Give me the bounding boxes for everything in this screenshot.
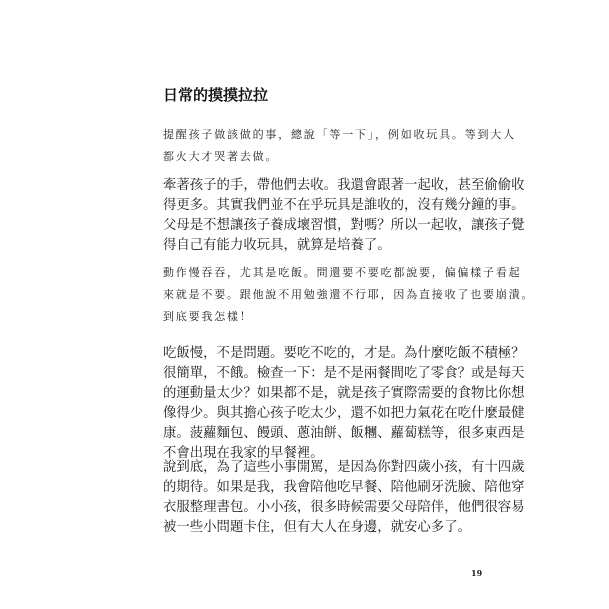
parent-complaint-paragraph-1: 提醒孩子做該做的事，總說「等一下」，例如收玩具。等到大人 都火大才哭著去做。 [163, 124, 455, 168]
text-line: 得自己有能力收玩具，就算是培養了。 [163, 236, 455, 256]
conclusion-paragraph: 說到底，為了這些小事開罵，是因為你對四歲小孩，有十四歲 的期待。如果是我，我會陪… [163, 458, 455, 538]
text-line: 提醒孩子做該做的事，總說「等一下」，例如收玩具。等到大人 [163, 124, 455, 146]
text-line: 像得少。與其擔心孩子吃太少，還不如把力氣花在吃什麼最健 [163, 404, 455, 424]
text-line: 牽著孩子的手，帶他們去收。我還會跟著一起收，甚至偷偷收 [163, 176, 455, 196]
parent-complaint-paragraph-2: 動作慢吞吞，尤其是吃飯。問還要不要吃都說要，偏偏樣子看起 來就是不要。跟他說不用… [163, 262, 455, 328]
text-line: 得更多。其實我們並不在乎玩具是誰收的，沒有幾分鐘的事。 [163, 196, 455, 216]
page-number: 19 [471, 568, 482, 578]
text-line: 衣服整理書包。小小孩，很多時候需要父母陪伴，他們很容易 [163, 498, 455, 518]
text-line: 的期待。如果是我，我會陪他吃早餐、陪他刷牙洗臉、陪他穿 [163, 478, 455, 498]
text-line: 的運動量太少？如果都不是，就是孩子實際需要的食物比你想 [163, 384, 455, 404]
text-line: 到底要我怎樣！ [163, 306, 455, 328]
text-line: 被一些小問題卡住，但有大人在身邊，就安心多了。 [163, 518, 455, 538]
text-line: 說到底，為了這些小事開罵，是因為你對四歲小孩，有十四歲 [163, 458, 455, 478]
text-line: 很簡單，不餓。檢查一下：是不是兩餐間吃了零食？或是每天 [163, 364, 455, 384]
book-page: 日常的摸摸拉拉 提醒孩子做該做的事，總說「等一下」，例如收玩具。等到大人 都火大… [0, 0, 609, 609]
text-line: 都火大才哭著去做。 [163, 146, 455, 168]
advice-paragraph-1: 牽著孩子的手，帶他們去收。我還會跟著一起收，甚至偷偷收 得更多。其實我們並不在乎… [163, 176, 455, 256]
text-line: 吃飯慢，不是問題。要吃不吃的，才是。為什麼吃飯不積極？ [163, 344, 455, 364]
text-line: 來就是不要。跟他說不用勉強還不行耶，因為直接收了也要崩潰。 [163, 284, 455, 306]
advice-paragraph-2: 吃飯慢，不是問題。要吃不吃的，才是。為什麼吃飯不積極？ 很簡單，不餓。檢查一下：… [163, 344, 455, 464]
text-line: 康。菠蘿麵包、饅頭、蔥油餅、飯糰、蘿蔔糕等，很多東西是 [163, 424, 455, 444]
chapter-title: 日常的摸摸拉拉 [163, 84, 268, 105]
text-line: 動作慢吞吞，尤其是吃飯。問還要不要吃都說要，偏偏樣子看起 [163, 262, 455, 284]
text-line: 父母是不想讓孩子養成壞習慣，對嗎？所以一起收，讓孩子覺 [163, 216, 455, 236]
